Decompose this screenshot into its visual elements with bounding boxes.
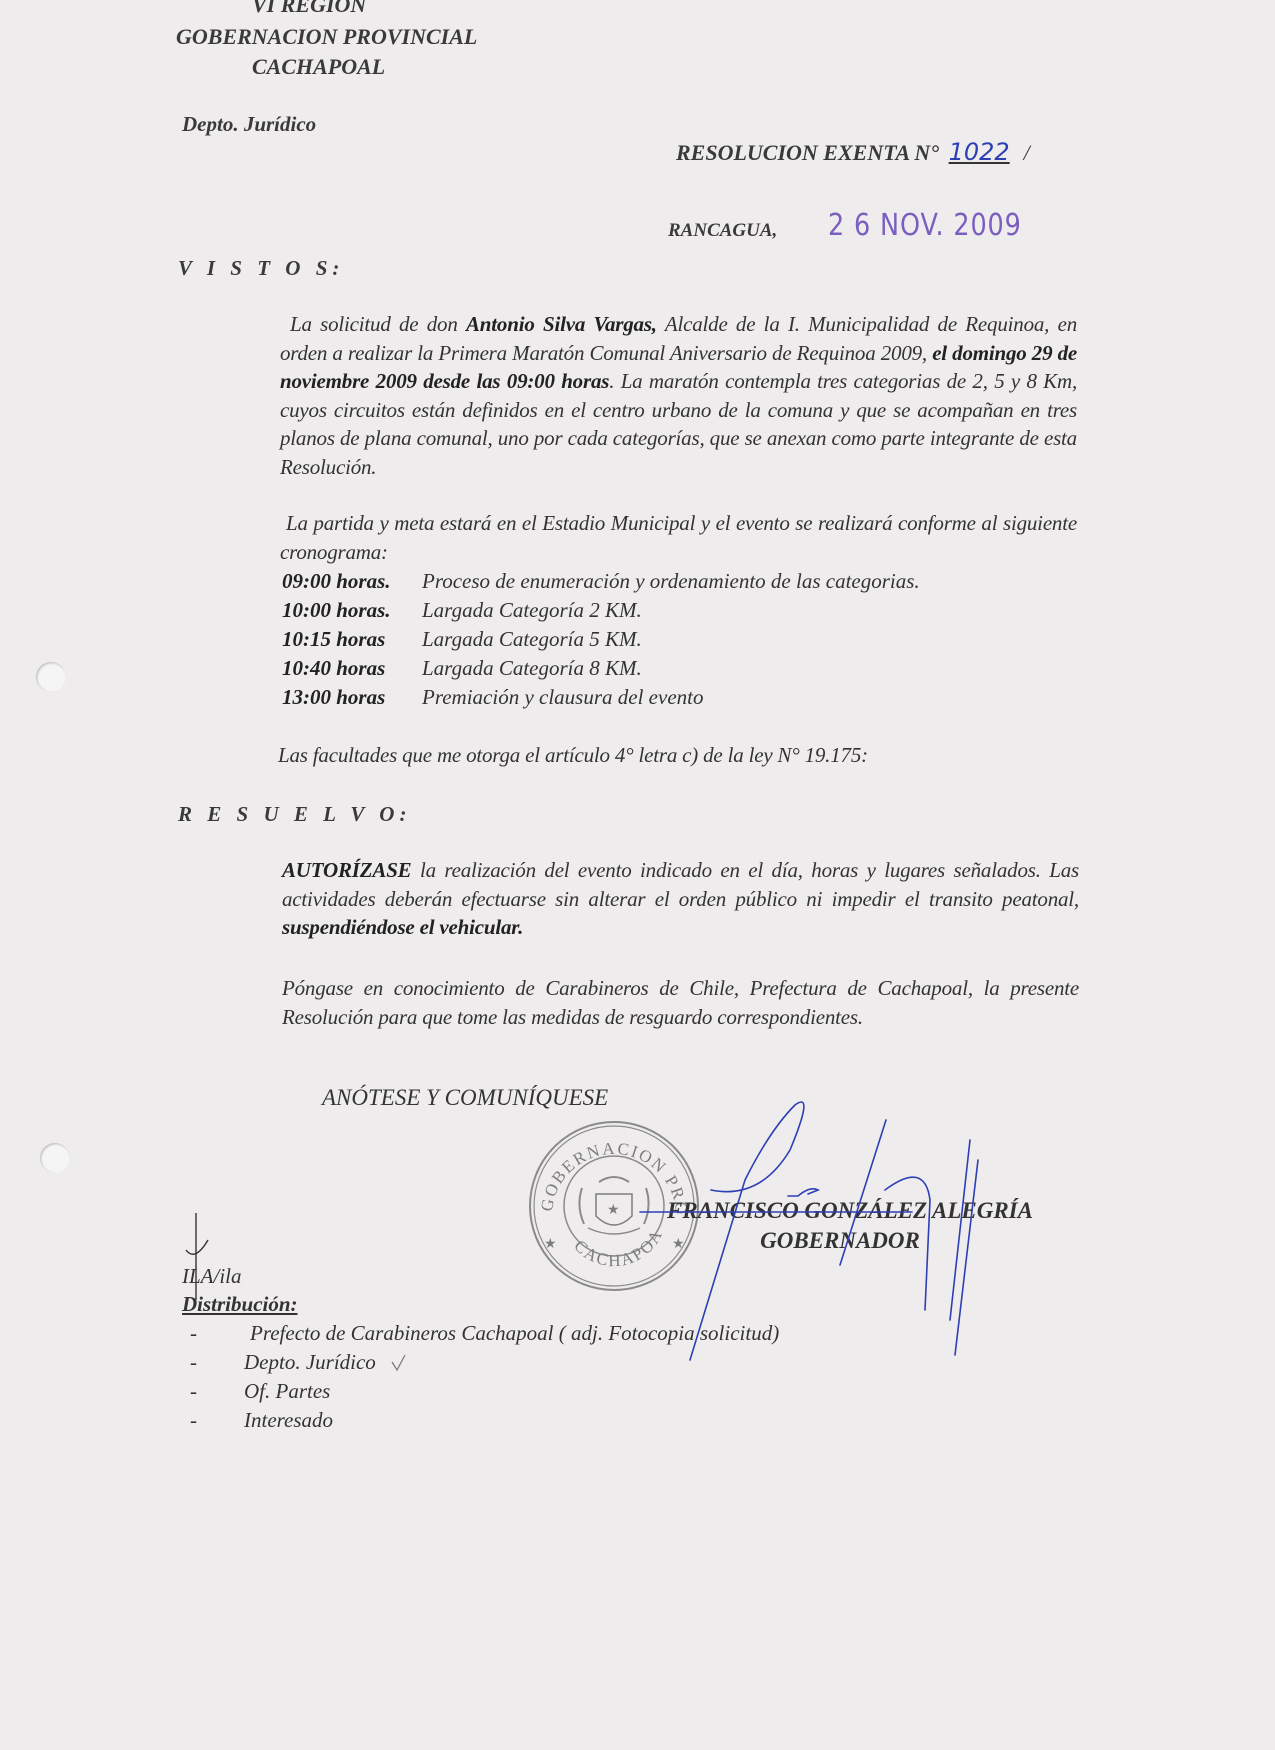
distribution-item: -Prefecto de Carabineros Cachapoal ( adj… <box>190 1319 990 1348</box>
handwritten-signature-icon <box>0 0 1275 1750</box>
distribution-item: -Of. Partes <box>190 1377 990 1406</box>
distribution-heading: Distribución: <box>182 1292 298 1317</box>
typist-initials: ILA/ila <box>182 1264 242 1289</box>
distribution-item: -Depto. Jurídico <box>190 1348 990 1377</box>
distribution-item: -Interesado <box>190 1406 990 1435</box>
distribution-list: -Prefecto de Carabineros Cachapoal ( adj… <box>190 1319 990 1435</box>
